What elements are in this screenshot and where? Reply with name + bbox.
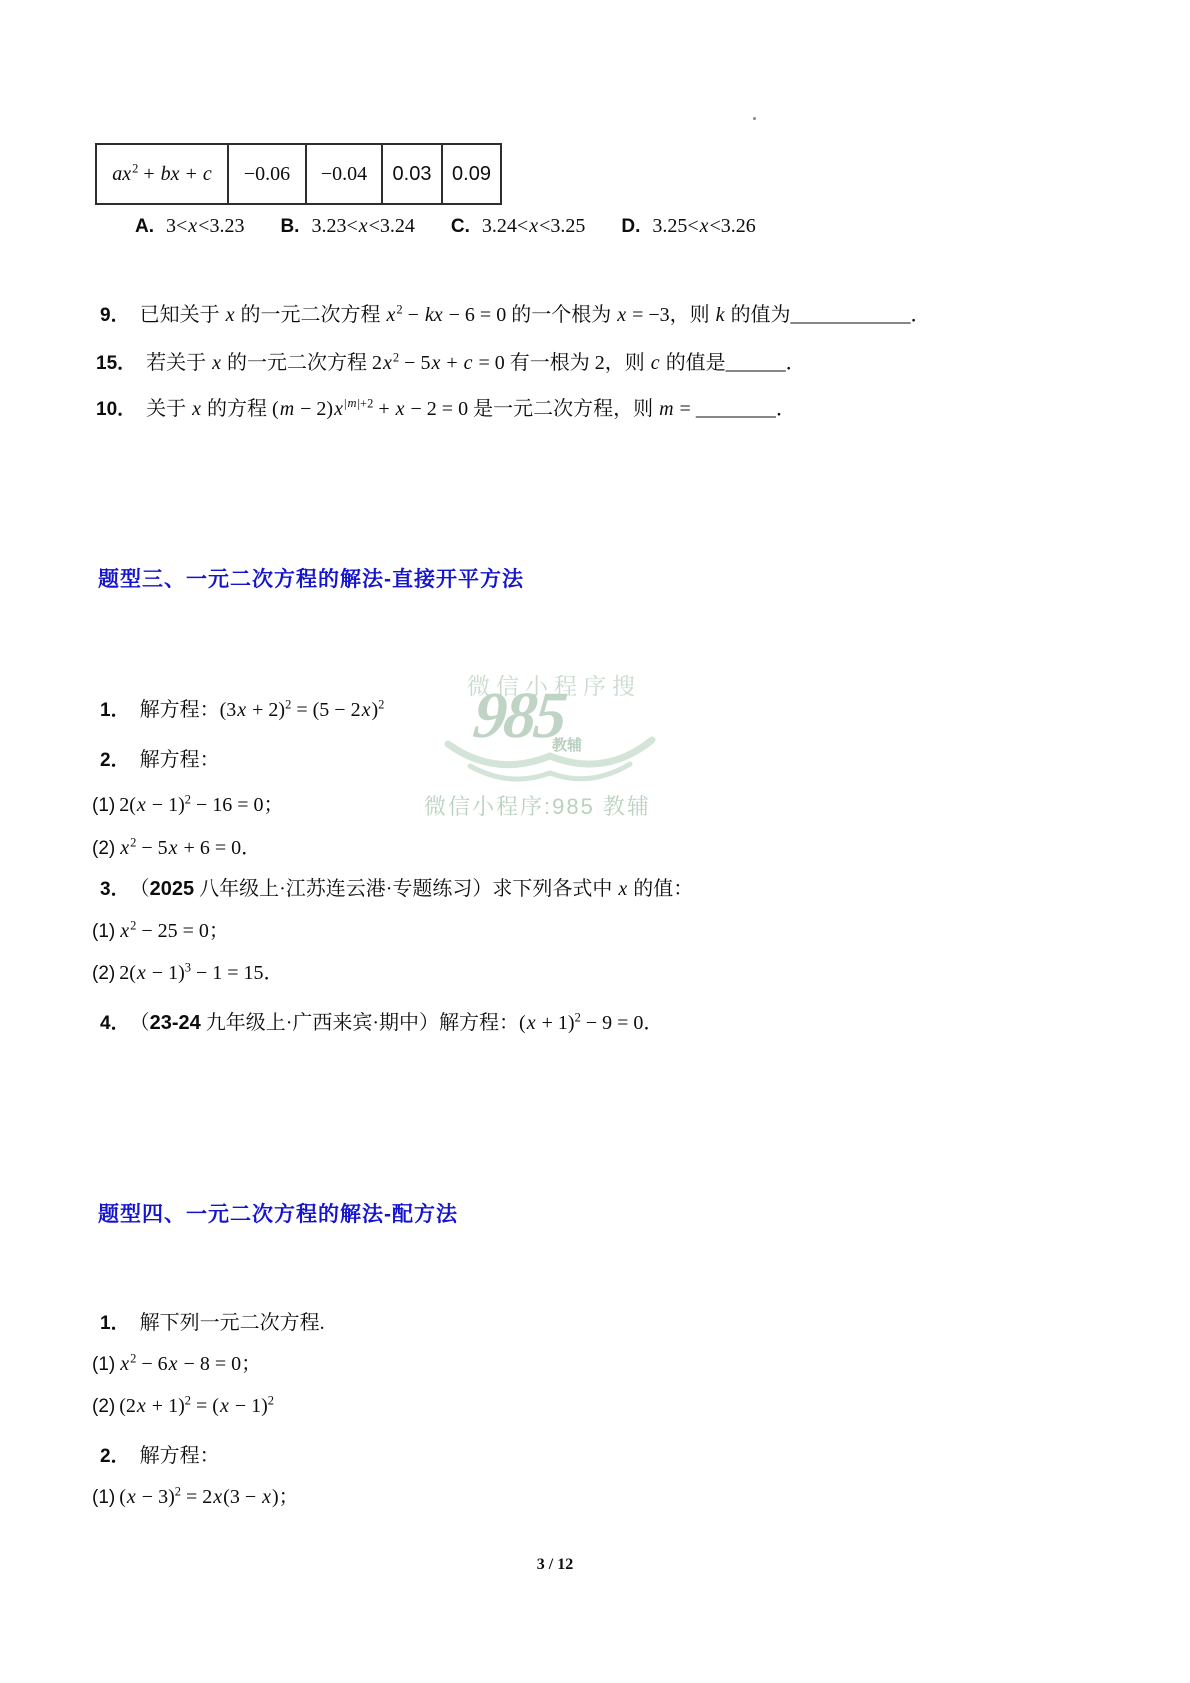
- s4-problem-1-part-1: (1)x2 − 6x − 8 = 0；: [92, 1349, 261, 1380]
- value-table: ax2 + bx + c −0.06 −0.04 0.03 0.09: [95, 143, 502, 205]
- s3-problem-1: 1．解方程：(3x + 2)2 = (5 − 2x)2: [100, 695, 384, 726]
- problem-text: 解方程：: [140, 749, 220, 771]
- problem-text: (x − 3)2 = 2x(3 − x)；: [119, 1486, 298, 1508]
- choice-options-row: A.3<x<3.23 B.3.23<x<3.24 C.3.24<x<3.25 D…: [135, 215, 756, 238]
- question-number: 9．: [100, 305, 130, 326]
- s4-problem-1: 1．解下列一元二次方程.: [100, 1308, 325, 1339]
- problem-number: 1．: [100, 1313, 130, 1334]
- book-watermark-icon: [440, 726, 660, 793]
- option-text: 3.24<x<3.25: [482, 215, 585, 237]
- question-number: 10．: [96, 399, 136, 420]
- problem-text: x2 − 5x + 6 = 0．: [119, 837, 261, 859]
- problem-text: 解方程：: [140, 1445, 220, 1467]
- option-text: 3<x<3.23: [166, 215, 244, 237]
- part-number: (1): [92, 1354, 115, 1375]
- problem-number: 4．: [100, 1013, 130, 1034]
- s4-problem-2-part-1: (1)(x − 3)2 = 2x(3 − x)；: [92, 1482, 299, 1513]
- question-9: 9．已知关于 x 的一元二次方程 x2 − kx − 6 = 0 的一个根为 x…: [100, 300, 931, 331]
- document-page: ax2 + bx + c −0.06 −0.04 0.03 0.09 A.3<x…: [0, 0, 1190, 1683]
- part-number: (1): [92, 921, 115, 942]
- section-four-heading: 题型四、一元二次方程的解法-配方法: [98, 1198, 458, 1228]
- s4-problem-2: 2．解方程：: [100, 1441, 220, 1472]
- problem-number: 3．: [100, 879, 130, 900]
- problem-text: 2(x − 1)3 − 1 = 15．: [119, 962, 283, 984]
- choice-option-a: A.3<x<3.23: [135, 215, 244, 238]
- problem-text: （23-24 九年级上·广西来宾·期中）解方程：(x + 1)2 − 9 = 0…: [140, 1012, 664, 1034]
- part-number: (2): [92, 963, 115, 984]
- section-three-heading: 题型三、一元二次方程的解法-直接开平方法: [98, 563, 524, 593]
- problem-number: 2．: [100, 1446, 130, 1467]
- question-text: 若关于 x 的一元二次方程 2x2 − 5x + c = 0 有一根为 2，则 …: [146, 352, 806, 374]
- problem-number: 1．: [100, 700, 130, 721]
- part-number: (1): [92, 795, 115, 816]
- part-number: (1): [92, 1487, 115, 1508]
- s3-problem-3: 3．（2025 八年级上·江苏连云港·专题练习）求下列各式中 x 的值：: [100, 874, 693, 905]
- watermark-caption: 微信小程序:985 教辅: [424, 790, 651, 821]
- choice-option-d: D.3.25<x<3.26: [621, 215, 755, 238]
- s4-problem-1-part-2: (2)(2x + 1)2 = (x − 1)2: [92, 1391, 274, 1422]
- table-value-cell: −0.06: [228, 144, 306, 204]
- problem-text: 解方程：(3x + 2)2 = (5 − 2x)2: [140, 699, 385, 721]
- option-text: 3.25<x<3.26: [652, 215, 755, 237]
- question-15: 15．若关于 x 的一元二次方程 2x2 − 5x + c = 0 有一根为 2…: [96, 348, 806, 379]
- part-number: (2): [92, 1396, 115, 1417]
- question-text: 关于 x 的方程 (m − 2)x|m|+2 + x − 2 = 0 是一元二次…: [146, 398, 796, 420]
- problem-text: x2 − 25 = 0；: [119, 920, 229, 942]
- problem-text: 2(x − 1)2 − 16 = 0；: [119, 794, 283, 816]
- problem-text: （2025 八年级上·江苏连云港·专题练习）求下列各式中 x 的值：: [140, 878, 694, 900]
- page-number: 3 / 12: [0, 1556, 1110, 1574]
- s3-problem-2: 2．解方程：: [100, 745, 220, 776]
- option-label: B.: [280, 216, 299, 237]
- table-formula-cell: ax2 + bx + c: [96, 144, 228, 204]
- option-text: 3.23<x<3.24: [311, 215, 414, 237]
- s3-problem-3-part-1: (1)x2 − 25 = 0；: [92, 916, 229, 947]
- watermark-brand: 985: [470, 678, 568, 754]
- stray-dot: [753, 117, 756, 120]
- question-text: 已知关于 x 的一元二次方程 x2 − kx − 6 = 0 的一个根为 x =…: [140, 304, 931, 326]
- problem-number: 2．: [100, 750, 130, 771]
- table-value-cell: 0.09: [442, 144, 501, 204]
- problem-text: x2 − 6x − 8 = 0；: [119, 1353, 261, 1375]
- choice-option-c: C.3.24<x<3.25: [451, 215, 585, 238]
- table-row: ax2 + bx + c −0.06 −0.04 0.03 0.09: [96, 144, 501, 204]
- choice-option-b: B.3.23<x<3.24: [280, 215, 414, 238]
- option-label: D.: [621, 216, 640, 237]
- s3-problem-4: 4．（23-24 九年级上·广西来宾·期中）解方程：(x + 1)2 − 9 =…: [100, 1008, 663, 1039]
- problem-text: 解下列一元二次方程.: [140, 1312, 325, 1334]
- watermark-search-hint: 微信小程序搜: [467, 668, 641, 701]
- question-number: 15．: [96, 353, 136, 374]
- part-number: (2): [92, 838, 115, 859]
- s3-problem-2-part-2: (2)x2 − 5x + 6 = 0．: [92, 833, 261, 864]
- s3-problem-2-part-1: (1)2(x − 1)2 − 16 = 0；: [92, 790, 284, 821]
- option-label: C.: [451, 216, 470, 237]
- question-10: 10．关于 x 的方程 (m − 2)x|m|+2 + x − 2 = 0 是一…: [96, 394, 796, 425]
- option-label: A.: [135, 216, 154, 237]
- s3-problem-3-part-2: (2)2(x − 1)3 − 1 = 15．: [92, 958, 284, 989]
- table-value-cell: −0.04: [306, 144, 382, 204]
- table-value-cell: 0.03: [382, 144, 442, 204]
- watermark-brand-sub: 教辅: [552, 734, 582, 755]
- problem-text: (2x + 1)2 = (x − 1)2: [119, 1395, 274, 1417]
